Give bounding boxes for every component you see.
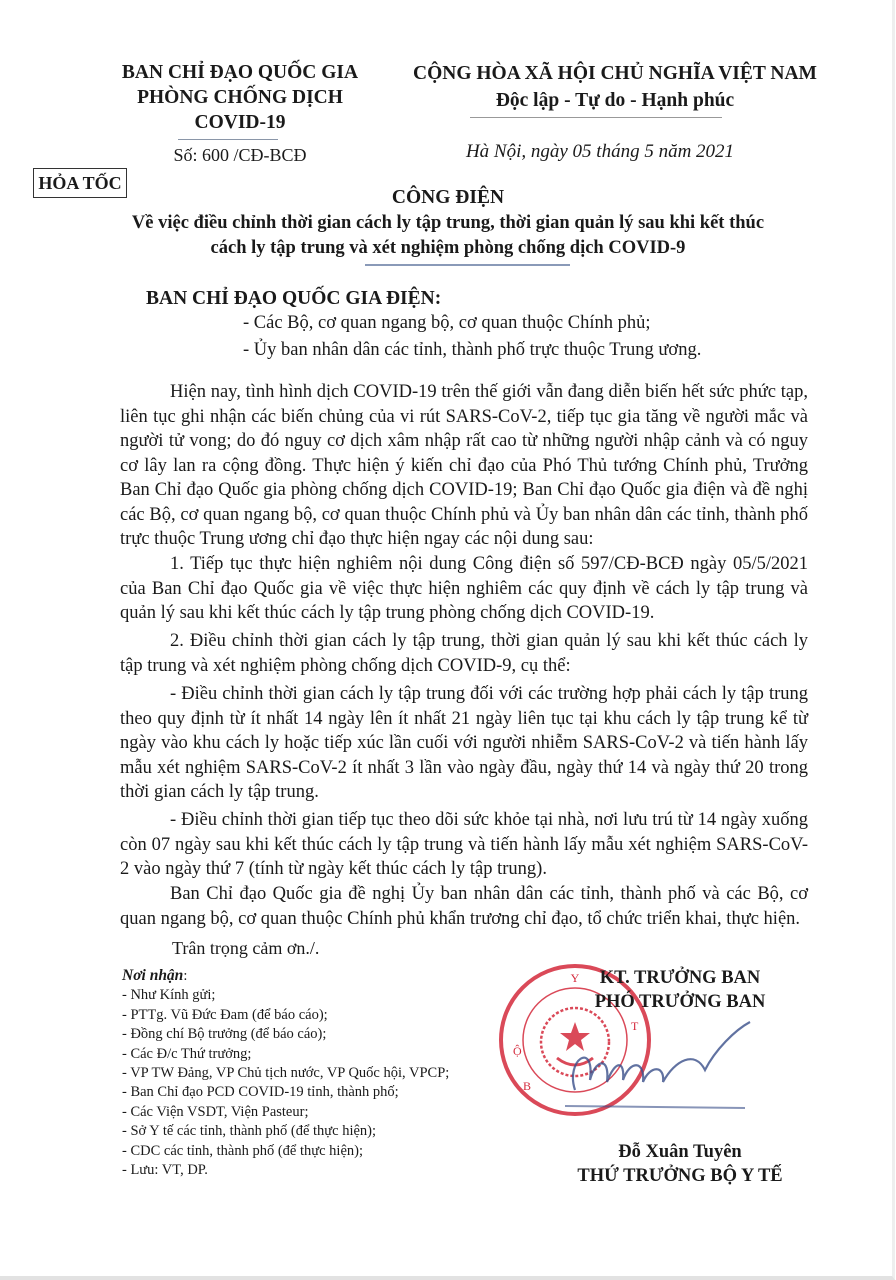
body-paragraph-1: 1. Tiếp tục thực hiện nghiêm nội dung Cô… <box>120 552 808 626</box>
distribution-item: - Sở Y tế các tỉnh, thành phố (để thực h… <box>122 1122 522 1141</box>
body-bullet-1: - Điều chỉnh thời gian cách ly tập trung… <box>120 682 808 805</box>
subject-line-1: Về việc điều chỉnh thời gian cách ly tập… <box>60 211 836 236</box>
signer-block: Đỗ Xuân Tuyên THỨ TRƯỞNG BỘ Y TẾ <box>545 1140 815 1188</box>
dateline: Hà Nội, ngày 05 tháng 5 năm 2021 <box>420 141 780 163</box>
signer-title: KT. TRƯỞNG BAN PHÓ TRƯỞNG BAN <box>560 966 800 1014</box>
signer-title-line-1: KT. TRƯỞNG BAN <box>560 966 800 990</box>
document-number: Số: 600 /CĐ-BCĐ <box>70 145 410 166</box>
national-header: CỘNG HÒA XÃ HỘI CHỦ NGHĨA VIỆT NAM Độc l… <box>375 60 855 114</box>
distribution-item: - PTTg. Vũ Đức Đam (để báo cáo); <box>122 1006 522 1025</box>
recipient-2: - Ủy ban nhân dân các tỉnh, thành phố tr… <box>243 340 701 361</box>
subject-line-2: cách ly tập trung và xét nghiệm phòng ch… <box>60 236 836 261</box>
signer-name: Đỗ Xuân Tuyên <box>545 1140 815 1164</box>
body-paragraph-2: 2. Điều chỉnh thời gian cách ly tập trun… <box>120 629 808 678</box>
closing-line: Trân trọng cảm ơn./. <box>172 938 319 959</box>
body-paragraph-intro: Hiện nay, tình hình dịch COVID-19 trên t… <box>120 380 808 552</box>
distribution-item: - VP TW Đảng, VP Chủ tịch nước, VP Quốc … <box>122 1064 522 1083</box>
motto-underline <box>470 117 722 118</box>
issuing-agency: BAN CHỈ ĐẠO QUỐC GIA PHÒNG CHỐNG DỊCH CO… <box>70 60 410 135</box>
distribution-item: - Như Kính gửi; <box>122 986 522 1005</box>
distribution-label: Nơi nhận <box>122 967 183 984</box>
distribution-item: - Lưu: VT, DP. <box>122 1161 522 1180</box>
agency-line-1: BAN CHỈ ĐẠO QUỐC GIA <box>70 60 410 85</box>
signature-icon <box>555 1020 755 1110</box>
distribution-list: Nơi nhận: - Như Kính gửi;- PTTg. Vũ Đức … <box>122 966 522 1180</box>
distribution-item: - CDC các tỉnh, thành phố (để thực hiện)… <box>122 1142 522 1161</box>
signer-title-line-2: PHÓ TRƯỞNG BAN <box>560 990 800 1014</box>
agency-underline <box>178 139 278 140</box>
distribution-item: - Các Viện VSDT, Viện Pasteur; <box>122 1103 522 1122</box>
recipient-1: - Các Bộ, cơ quan ngang bộ, cơ quan thuộ… <box>243 313 650 334</box>
nation-name: CỘNG HÒA XÃ HỘI CHỦ NGHĨA VIỆT NAM <box>375 60 855 87</box>
distribution-item: - Các Đ/c Thứ trưởng; <box>122 1045 522 1064</box>
signer-position: THỨ TRƯỞNG BỘ Y TẾ <box>545 1164 815 1188</box>
sender-line: BAN CHỈ ĐẠO QUỐC GIA ĐIỆN: <box>146 288 441 310</box>
svg-text:Ộ: Ộ <box>513 1044 522 1058</box>
distribution-item: - Ban Chỉ đạo PCD COVID-19 tỉnh, thành p… <box>122 1083 522 1102</box>
agency-line-3: COVID-19 <box>70 110 410 135</box>
document-subject: Về việc điều chỉnh thời gian cách ly tập… <box>60 211 836 261</box>
document-page: BAN CHỈ ĐẠO QUỐC GIA PHÒNG CHỐNG DỊCH CO… <box>0 0 895 1280</box>
document-type: CÔNG ĐIỆN <box>60 185 836 210</box>
national-motto: Độc lập - Tự do - Hạnh phúc <box>375 87 855 114</box>
agency-line-2: PHÒNG CHỐNG DỊCH <box>70 85 410 110</box>
body-bullet-2: - Điều chỉnh thời gian tiếp tục theo dõi… <box>120 808 808 882</box>
distribution-item: - Đồng chí Bộ trưởng (để báo cáo); <box>122 1025 522 1044</box>
subject-underline <box>365 264 570 266</box>
body-request: Ban Chỉ đạo Quốc gia đề nghị Ủy ban nhân… <box>120 882 808 931</box>
svg-text:B: B <box>523 1079 531 1093</box>
